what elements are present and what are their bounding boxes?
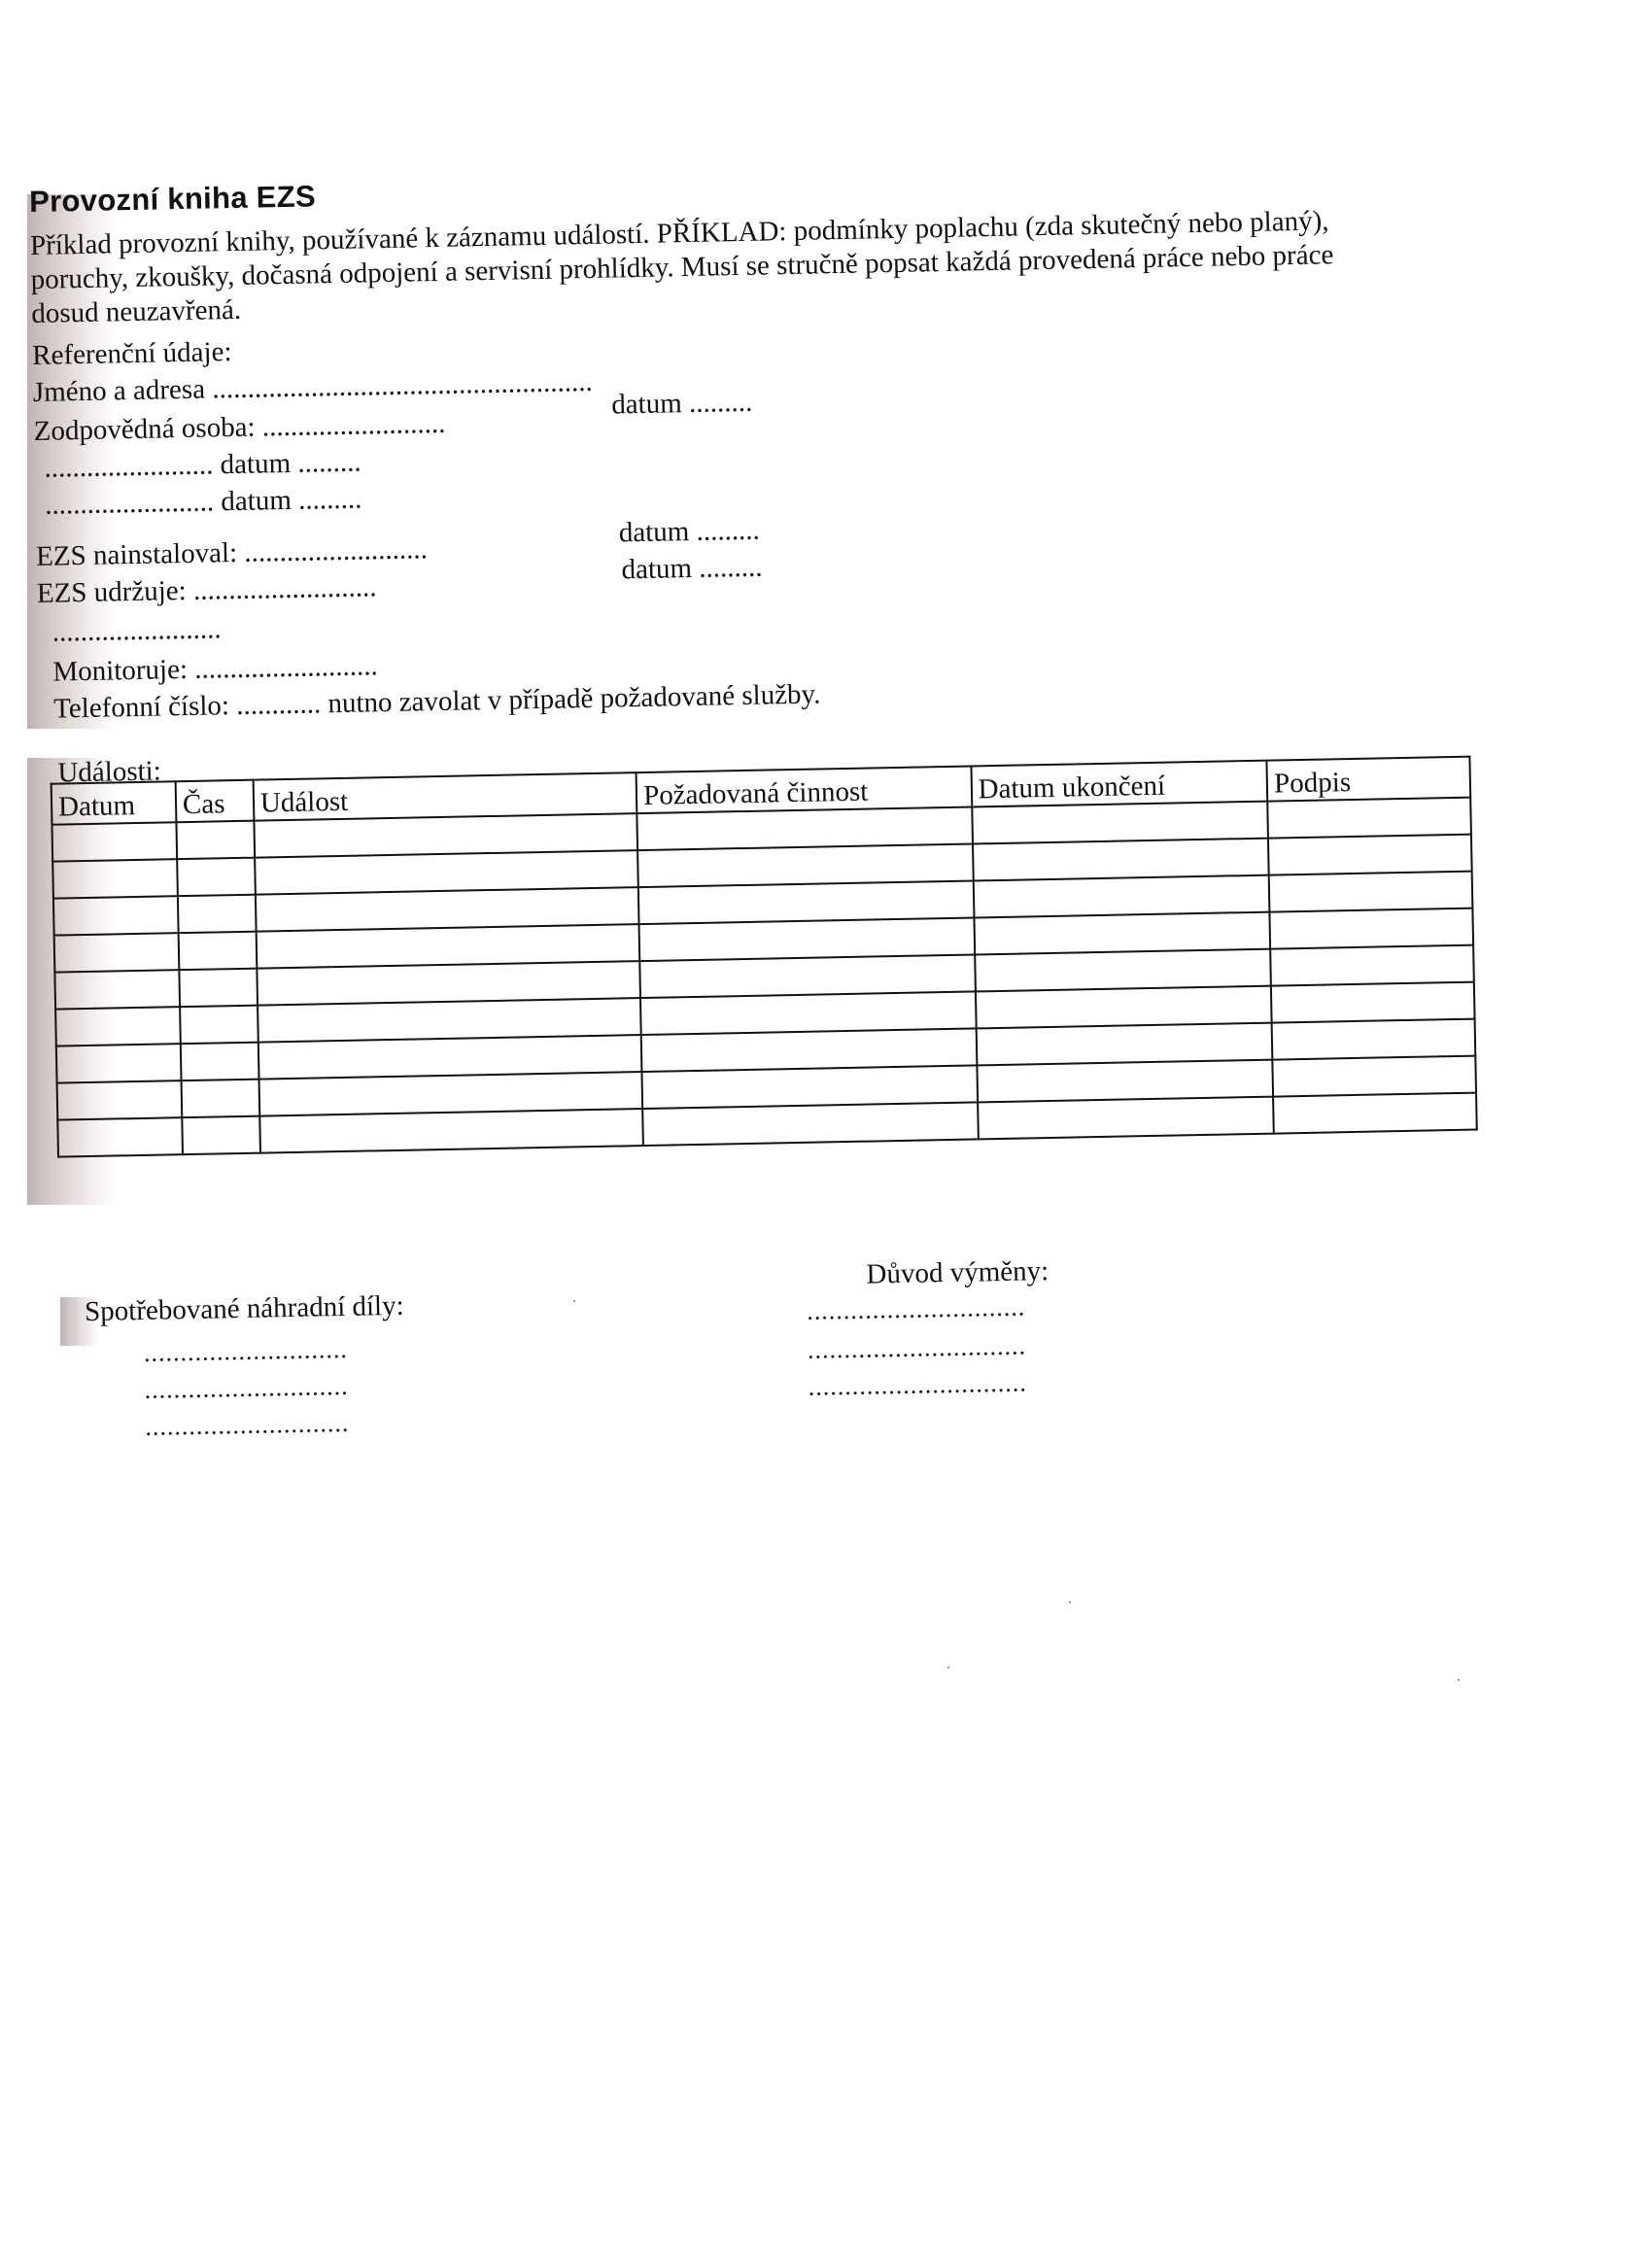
reason-line[interactable]: .............................. bbox=[808, 1332, 1027, 1365]
replacement-reason-label: Důvod výměny: bbox=[866, 1255, 1049, 1291]
maintained-extra-field[interactable]: ........................ bbox=[52, 613, 222, 648]
event-cell[interactable] bbox=[641, 1028, 977, 1072]
events-table: Datum Čas Událost Požadovaná činnost Dat… bbox=[51, 756, 1478, 1158]
event-cell[interactable] bbox=[1273, 1056, 1476, 1097]
reference-heading: Referenční údaje: bbox=[32, 336, 232, 372]
responsible-date-field[interactable]: datum ......... bbox=[611, 387, 753, 422]
installed-by-field[interactable]: EZS nainstaloval: ......................… bbox=[36, 533, 428, 573]
event-cell[interactable] bbox=[972, 802, 1268, 844]
event-cell[interactable] bbox=[977, 1060, 1273, 1103]
event-cell[interactable] bbox=[54, 933, 180, 972]
reason-line[interactable]: .............................. bbox=[808, 1369, 1027, 1402]
col-signature: Podpis bbox=[1267, 757, 1471, 802]
page-title: Provozní kniha EZS bbox=[29, 179, 316, 220]
event-cell[interactable] bbox=[973, 839, 1269, 881]
event-cell[interactable] bbox=[1268, 835, 1471, 875]
event-cell[interactable] bbox=[637, 806, 972, 850]
installed-date-field[interactable]: datum ......... bbox=[618, 515, 760, 550]
spare-part-line[interactable]: ............................ bbox=[144, 1372, 349, 1405]
event-cell[interactable] bbox=[177, 858, 256, 897]
document-page: Provozní kniha EZS Příklad provozní knih… bbox=[0, 0, 1652, 2263]
event-cell[interactable] bbox=[52, 822, 177, 861]
event-cell[interactable] bbox=[978, 1097, 1274, 1140]
event-cell[interactable] bbox=[1267, 798, 1470, 839]
scan-speck bbox=[1069, 1601, 1071, 1603]
extra-person-2-field[interactable]: ........................ datum ......... bbox=[45, 483, 362, 521]
maintained-by-field[interactable]: EZS udržuje: .......................... bbox=[37, 571, 377, 610]
event-cell[interactable] bbox=[642, 1102, 978, 1146]
event-cell[interactable] bbox=[57, 1080, 183, 1119]
reason-line[interactable]: .............................. bbox=[807, 1293, 1026, 1326]
event-cell[interactable] bbox=[54, 970, 180, 1009]
col-date: Datum bbox=[52, 781, 177, 824]
event-cell[interactable] bbox=[259, 1109, 643, 1153]
event-cell[interactable] bbox=[1272, 1019, 1475, 1060]
scan-speck bbox=[1458, 1679, 1460, 1681]
event-cell[interactable] bbox=[637, 843, 973, 887]
event-cell[interactable] bbox=[180, 1006, 258, 1045]
event-cell[interactable] bbox=[55, 1007, 181, 1046]
event-cell[interactable] bbox=[1273, 1093, 1476, 1134]
responsible-person-field[interactable]: Zodpovědná osoba: ......................… bbox=[33, 408, 445, 448]
event-cell[interactable] bbox=[976, 1023, 1272, 1066]
event-cell[interactable] bbox=[181, 1043, 259, 1081]
event-cell[interactable] bbox=[52, 859, 178, 898]
event-cell[interactable] bbox=[57, 1117, 183, 1156]
event-cell[interactable] bbox=[1270, 909, 1473, 949]
maintained-date-field[interactable]: datum ......... bbox=[621, 552, 763, 587]
monitoring-field[interactable]: Monitoruje: .......................... bbox=[52, 650, 378, 688]
spare-part-line[interactable]: ............................ bbox=[144, 1335, 349, 1368]
event-cell[interactable] bbox=[179, 969, 258, 1008]
event-cell[interactable] bbox=[179, 932, 258, 971]
col-completion-date: Datum ukončení bbox=[971, 761, 1267, 807]
col-required-action: Požadovaná činnost bbox=[637, 767, 972, 814]
event-cell[interactable] bbox=[640, 991, 976, 1035]
event-cell[interactable] bbox=[56, 1044, 182, 1082]
event-cell[interactable] bbox=[1271, 982, 1474, 1023]
event-cell[interactable] bbox=[53, 896, 179, 935]
col-time: Čas bbox=[176, 780, 255, 823]
intro-paragraph: Příklad provozní knihy, používané k zázn… bbox=[30, 204, 1373, 331]
event-cell[interactable] bbox=[1270, 945, 1473, 986]
event-cell[interactable] bbox=[642, 1065, 978, 1109]
event-cell[interactable] bbox=[176, 821, 255, 860]
event-cell[interactable] bbox=[975, 949, 1271, 992]
event-cell[interactable] bbox=[639, 917, 975, 961]
event-cell[interactable] bbox=[639, 954, 975, 998]
spare-parts-label: Spotřebované náhradní díly: bbox=[85, 1290, 404, 1328]
name-address-field[interactable]: Jméno a adresa .........................… bbox=[33, 366, 593, 409]
event-cell[interactable] bbox=[973, 875, 1269, 918]
spare-part-line[interactable]: ............................ bbox=[145, 1409, 350, 1442]
event-cell[interactable] bbox=[1269, 872, 1472, 912]
event-cell[interactable] bbox=[182, 1116, 260, 1155]
event-cell[interactable] bbox=[638, 880, 974, 924]
event-cell[interactable] bbox=[976, 986, 1272, 1029]
scan-speck bbox=[947, 1666, 949, 1668]
event-cell[interactable] bbox=[181, 1080, 259, 1118]
scan-speck bbox=[573, 1300, 575, 1302]
event-cell[interactable] bbox=[178, 895, 257, 934]
event-cell[interactable] bbox=[974, 912, 1270, 955]
extra-person-1-field[interactable]: ........................ datum ......... bbox=[44, 446, 361, 484]
